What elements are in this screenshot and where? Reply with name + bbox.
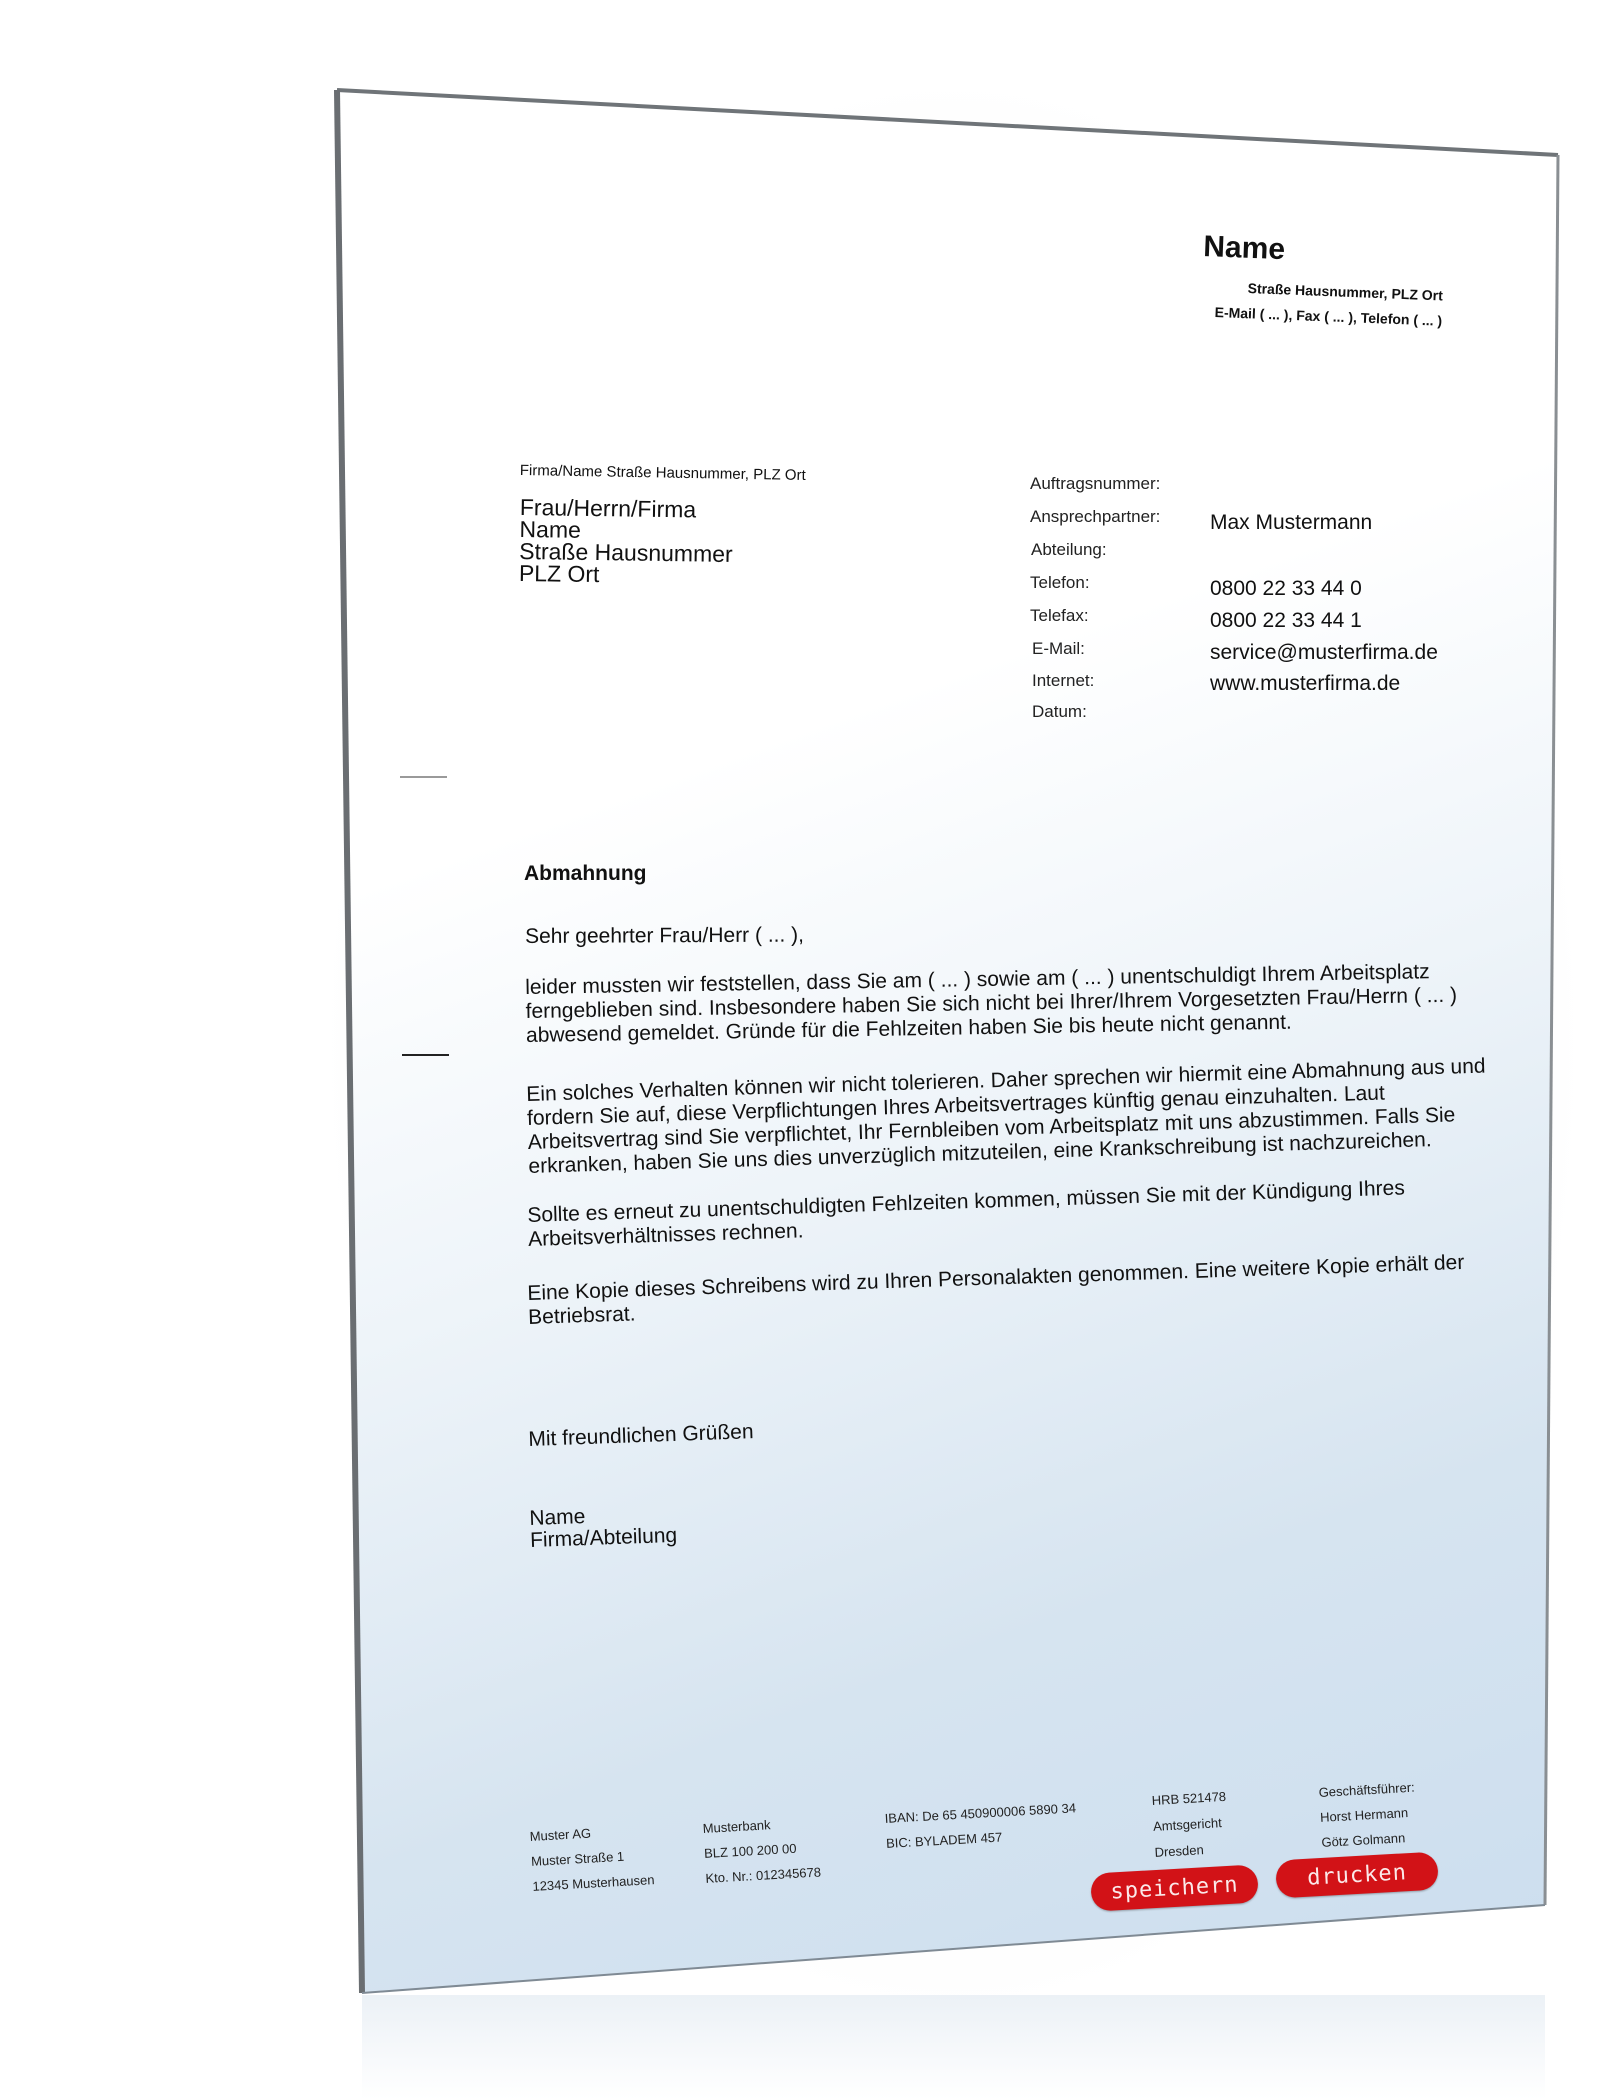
footer-company-city: 12345 Musterhausen: [532, 1867, 655, 1899]
page-reflection: [362, 1995, 1545, 2100]
info-label-department: Abteilung:: [1031, 540, 1107, 560]
footer-iban: IBAN: De 65 450900006 5890 34 BIC: BYLAD…: [884, 1795, 1078, 1856]
paragraph-4: Eine Kopie dieses Schreibens wird zu Ihr…: [527, 1251, 1465, 1330]
footer-register: HRB 521478 Amtsgericht Dresden: [1151, 1784, 1230, 1866]
internet-value: www.musterfirma.de: [1210, 672, 1400, 696]
paragraph-1: leider mussten wir feststellen, dass Sie…: [525, 960, 1458, 1048]
email-value: service@musterfirma.de: [1210, 641, 1438, 665]
info-label-fax: Telefax:: [1030, 606, 1089, 626]
footer-bank: Musterbank BLZ 100 200 00 Kto. Nr.: 0123…: [702, 1810, 822, 1891]
footer-company: Muster AG Muster Straße 1 12345 Musterha…: [529, 1817, 655, 1899]
sender-address: Straße Hausnummer, PLZ Ort: [1247, 280, 1443, 303]
letter-subject: Abmahnung: [524, 862, 646, 886]
info-label-contact-person: Ansprechpartner:: [1030, 507, 1160, 527]
letter-page: Name Straße Hausnummer, PLZ Ort E-Mail (…: [0, 0, 1600, 2100]
signature: Name Firma/Abteilung: [529, 1503, 678, 1552]
phone-value: 0800 22 33 44 0: [1210, 577, 1362, 601]
info-label-order-number: Auftragsnummer:: [1030, 474, 1160, 494]
footer-court: Amtsgericht: [1152, 1810, 1228, 1840]
fold-mark-middle: [402, 1054, 449, 1056]
footer-management: Geschäftsführer: Horst Hermann Götz Golm…: [1318, 1775, 1418, 1855]
sender-name: Name: [1203, 230, 1286, 267]
footer-manager-2: Götz Golmann: [1321, 1825, 1418, 1855]
paragraph-2: Ein solches Verhalten können wir nicht t…: [526, 1055, 1488, 1179]
contact-person-value: Max Mustermann: [1210, 511, 1372, 535]
footer-account-number: Kto. Nr.: 012345678: [705, 1859, 822, 1890]
signature-department: Firma/Abteilung: [530, 1525, 678, 1552]
info-label-internet: Internet:: [1032, 671, 1094, 691]
fax-value: 0800 22 33 44 1: [1210, 609, 1362, 633]
info-label-phone: Telefon:: [1030, 573, 1090, 593]
paragraph-3: Sollte es erneut zu unentschuldigten Feh…: [527, 1176, 1406, 1252]
salutation: Sehr geehrter Frau/Herr ( ... ),: [525, 924, 804, 949]
info-label-date: Datum:: [1032, 702, 1087, 722]
return-address: Firma/Name Straße Hausnummer, PLZ Ort: [520, 462, 806, 484]
closing: Mit freundlichen Grüßen: [528, 1420, 754, 1452]
info-label-email: E-Mail:: [1032, 639, 1085, 659]
fold-mark-top: [400, 776, 447, 778]
footer-court-city: Dresden: [1154, 1836, 1230, 1866]
sender-contact: E-Mail ( ... ), Fax ( ... ), Telefon ( .…: [1214, 304, 1442, 329]
recipient-address: Frau/Herrn/Firma Name Straße Hausnummer …: [519, 496, 734, 587]
